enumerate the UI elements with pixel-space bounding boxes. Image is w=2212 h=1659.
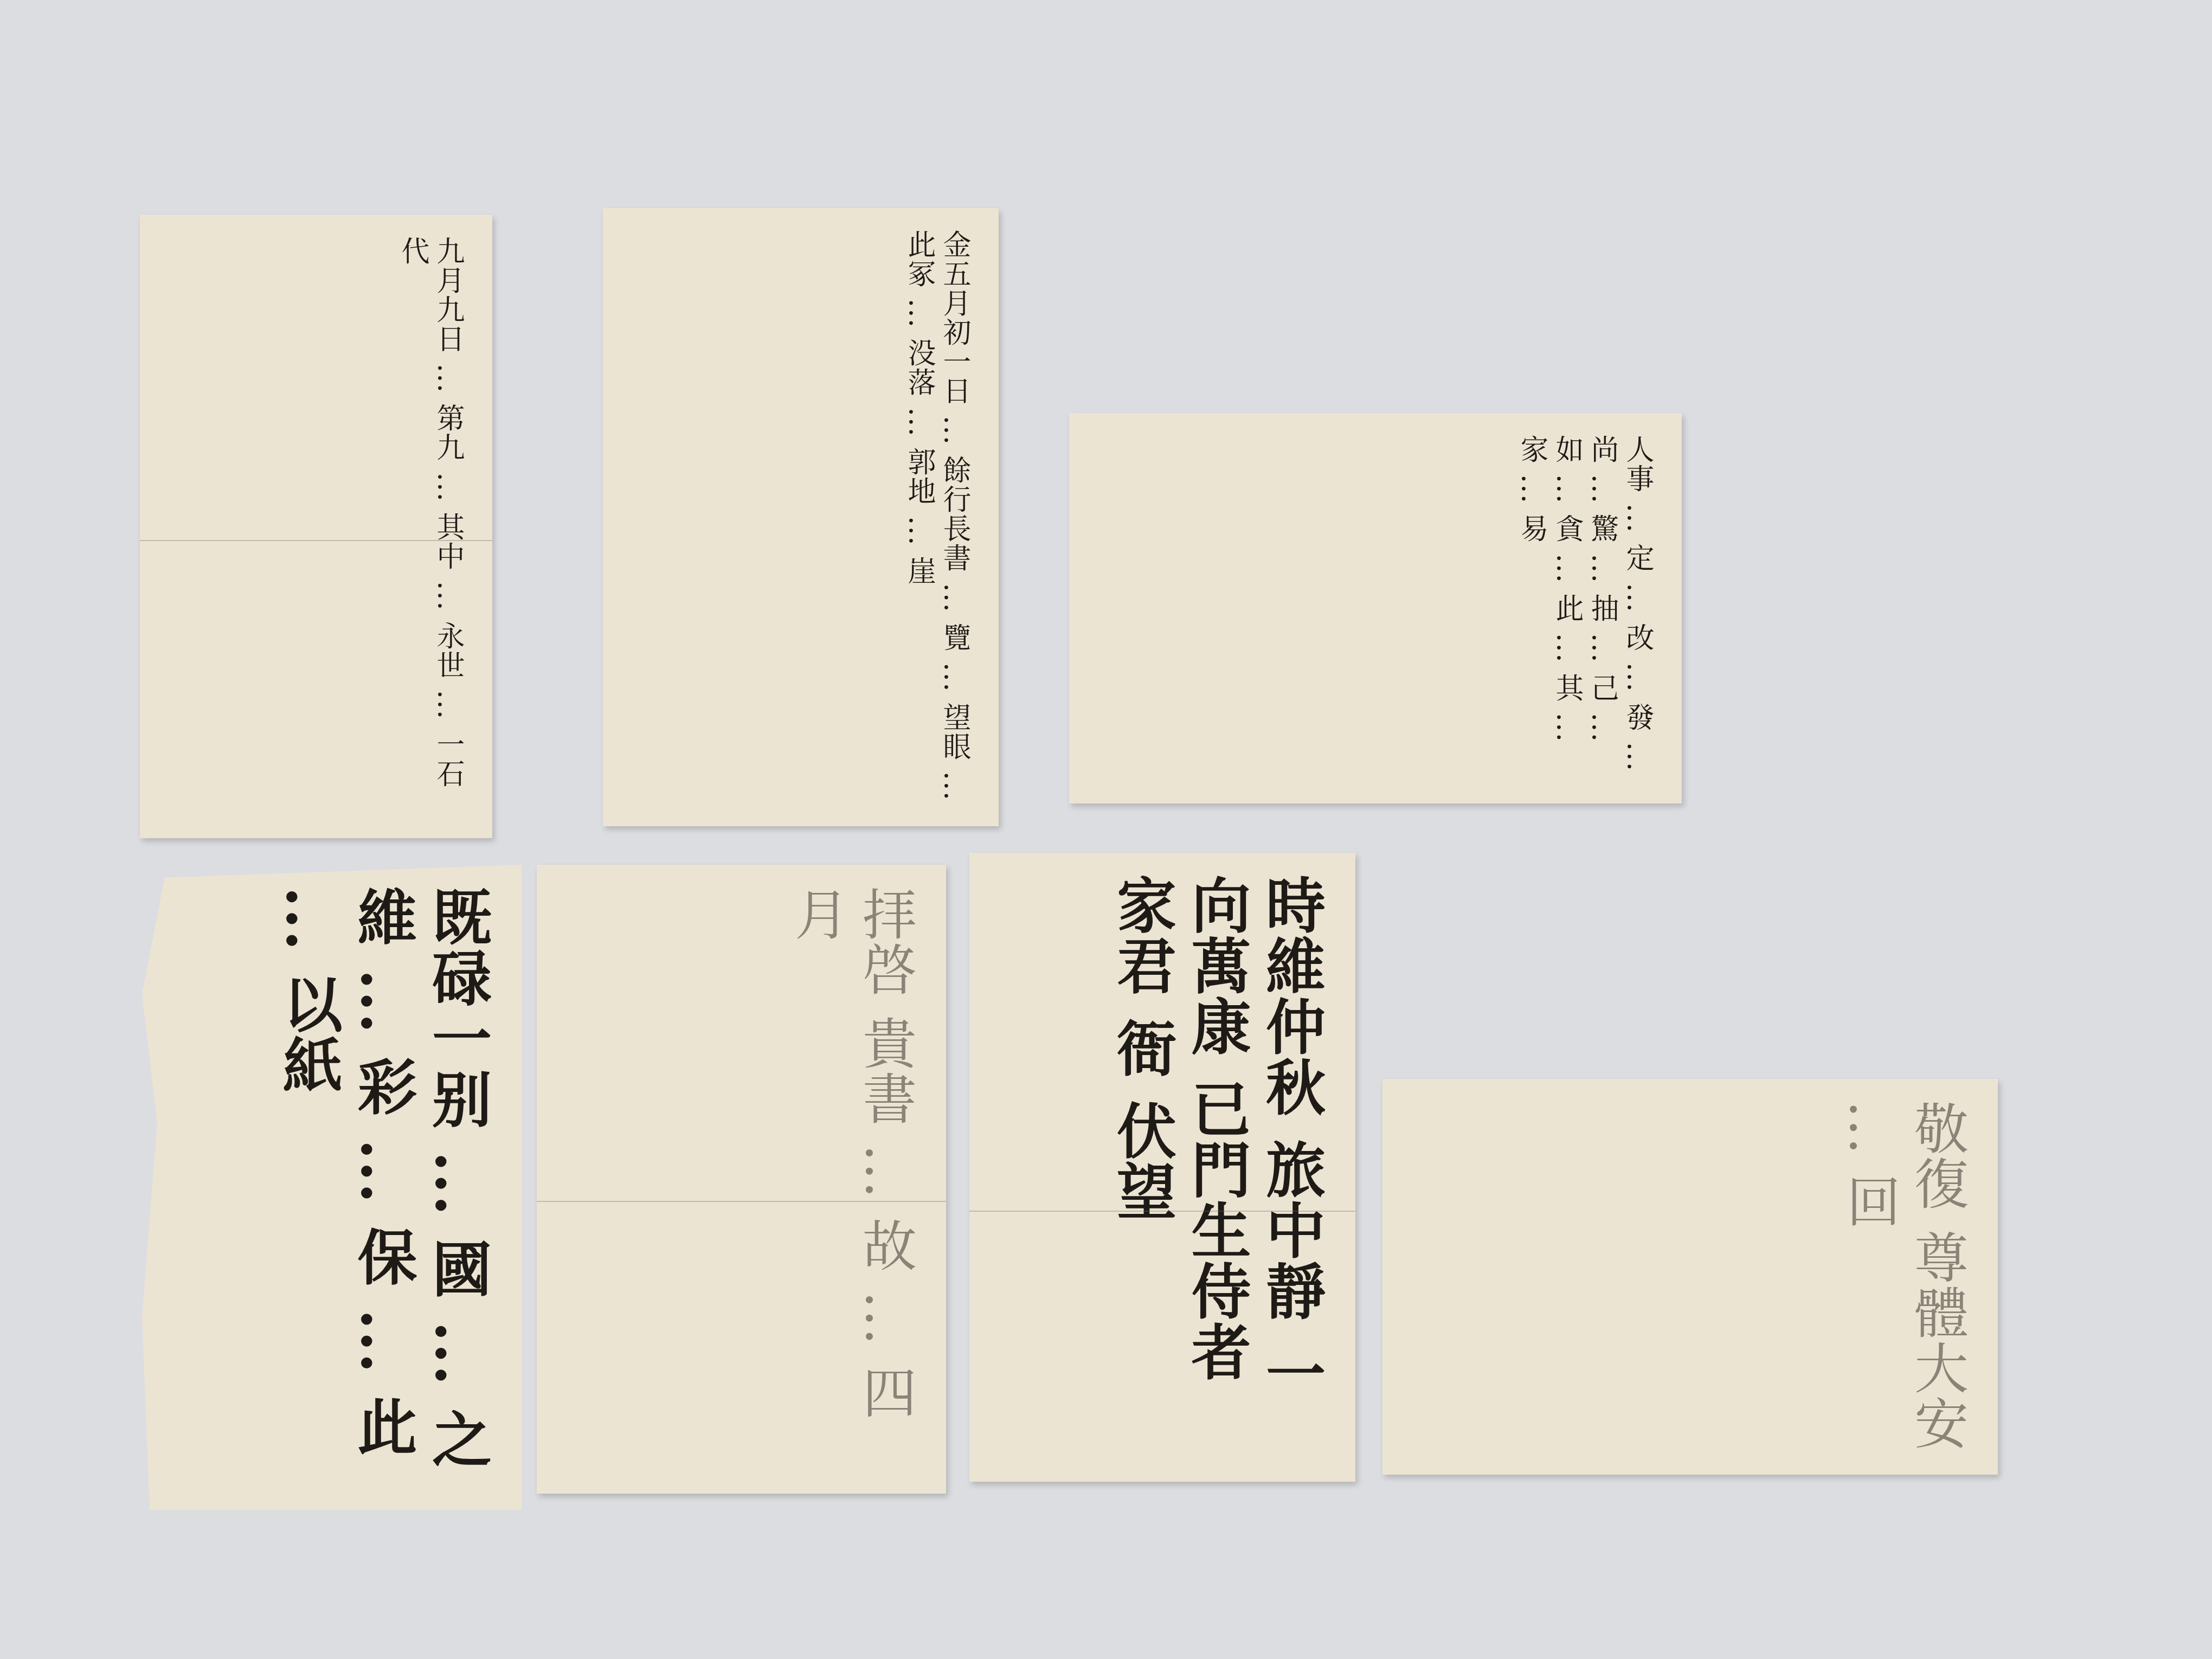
letter-card-6: 時維仲秋 旅中靜 一向萬康 已門生侍者 家君 衙 伏望	[969, 853, 1355, 1482]
card-text: 時維仲秋 旅中靜 一向萬康 已門生侍者 家君 衙 伏望	[996, 874, 1328, 1460]
card-text: 拝啓 貴書 ... 故 ... 四月	[564, 886, 919, 1472]
fold-line	[140, 540, 492, 541]
card-text: 既碌一别 ... 國 ... 之維 ... 彩 ... 保 ... 此 ... …	[169, 886, 494, 1488]
card-text: 九月九日 ... 第九 ... 其中 ... 永世 ... 一石代	[167, 236, 465, 816]
card-text: 敬復 尊體大安 ... 回	[1410, 1101, 1971, 1453]
fold-line	[969, 1211, 1355, 1212]
letter-card-5: 拝啓 貴書 ... 故 ... 四月	[537, 865, 946, 1494]
card-text: 人事 ... 定 ... 改 ... 發 ... 尚 ... 驚 ... 抽 .…	[1096, 435, 1655, 782]
letter-card-4: 既碌一别 ... 國 ... 之維 ... 彩 ... 保 ... 此 ... …	[142, 865, 522, 1510]
letter-card-7: 敬復 尊體大安 ... 回	[1382, 1079, 1998, 1475]
letter-card-1: 九月九日 ... 第九 ... 其中 ... 永世 ... 一石代	[140, 215, 492, 838]
card-text: 金五月初一日 ... 餘行長書 ... 覽 ... 望眼 ... 此冢 ... …	[630, 230, 972, 805]
fold-line	[537, 1201, 946, 1202]
letter-card-3: 人事 ... 定 ... 改 ... 發 ... 尚 ... 驚 ... 抽 .…	[1069, 413, 1682, 803]
letter-card-2: 金五月初一日 ... 餘行長書 ... 覽 ... 望眼 ... 此冢 ... …	[603, 208, 999, 826]
